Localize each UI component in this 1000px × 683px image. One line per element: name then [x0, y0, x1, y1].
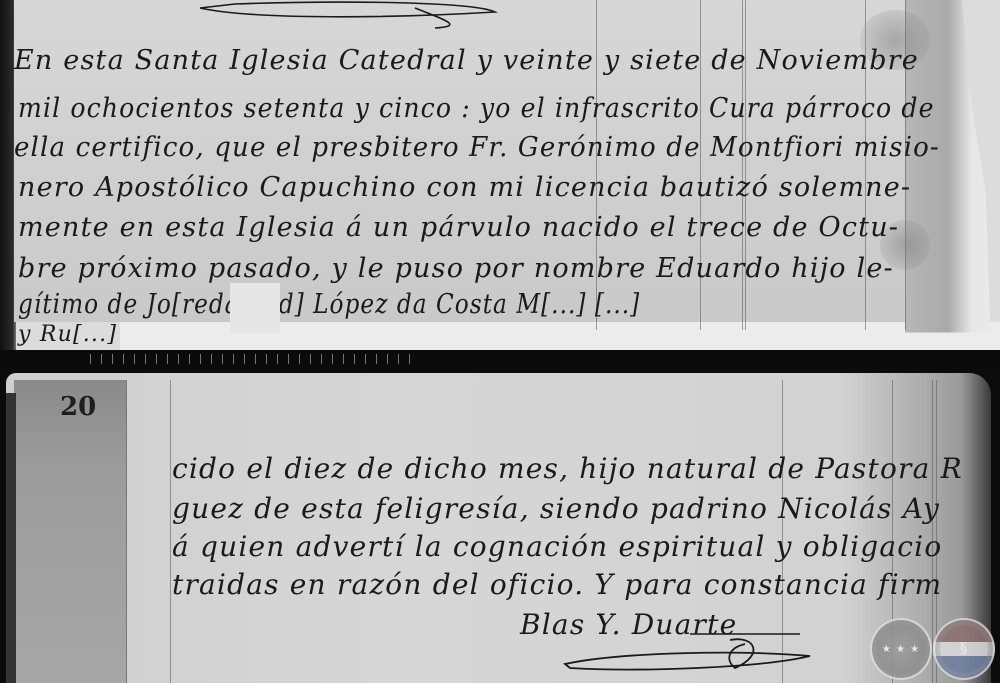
- manuscript-line: á quien advertí la cognación espiritual …: [172, 530, 942, 563]
- paraguay-flag-seal-icon: §: [933, 618, 995, 680]
- paper-surface: [6, 373, 991, 683]
- manuscript-line: En esta Santa Iglesia Catedral y veinte …: [14, 45, 919, 76]
- margin-column: [14, 380, 126, 683]
- ruled-line: [126, 380, 127, 683]
- redaction-patch: [230, 283, 280, 333]
- flourish-ornament: [195, 0, 500, 30]
- manuscript-line: gítimo de Jo[redacted] López da Costa M[…: [18, 289, 640, 320]
- manuscript-line: mil ochocientos setenta y cinco : yo el …: [18, 93, 935, 124]
- page-number: 20: [60, 392, 96, 422]
- manuscript-line: cido el diez de dicho mes, hijo natural …: [172, 452, 963, 485]
- bottom-document-fragment: 20 cido el diez de dicho mes, hijo natur…: [0, 368, 1000, 683]
- archive-seal-icon: ★ ★ ★: [870, 618, 932, 680]
- manuscript-line: y Ru[...]: [18, 322, 117, 347]
- ruled-line: [170, 380, 171, 683]
- seal-map-glyph: §: [960, 641, 968, 657]
- manuscript-line: bre próximo pasado, y le puso por nombre…: [18, 253, 894, 284]
- manuscript-line: mente en esta Iglesia á un párvulo nacid…: [18, 212, 899, 243]
- manuscript-line: traidas en razón del oficio. Y para cons…: [172, 568, 942, 601]
- top-document-fragment: En esta Santa Iglesia Catedral y veinte …: [0, 0, 1000, 350]
- fragment-separator: [0, 350, 1000, 370]
- signature-flourish: [560, 630, 820, 675]
- manuscript-line: nero Apostólico Capuchino con mi licenci…: [18, 172, 911, 203]
- manuscript-line: guez de esta feligresía, siendo padrino …: [172, 492, 940, 525]
- manuscript-line: ella certifico, que el presbitero Fr. Ge…: [14, 132, 940, 163]
- torn-edge-ticks: [80, 354, 420, 364]
- binding-edge: [6, 393, 16, 683]
- seal-stars: ★ ★ ★: [882, 644, 920, 655]
